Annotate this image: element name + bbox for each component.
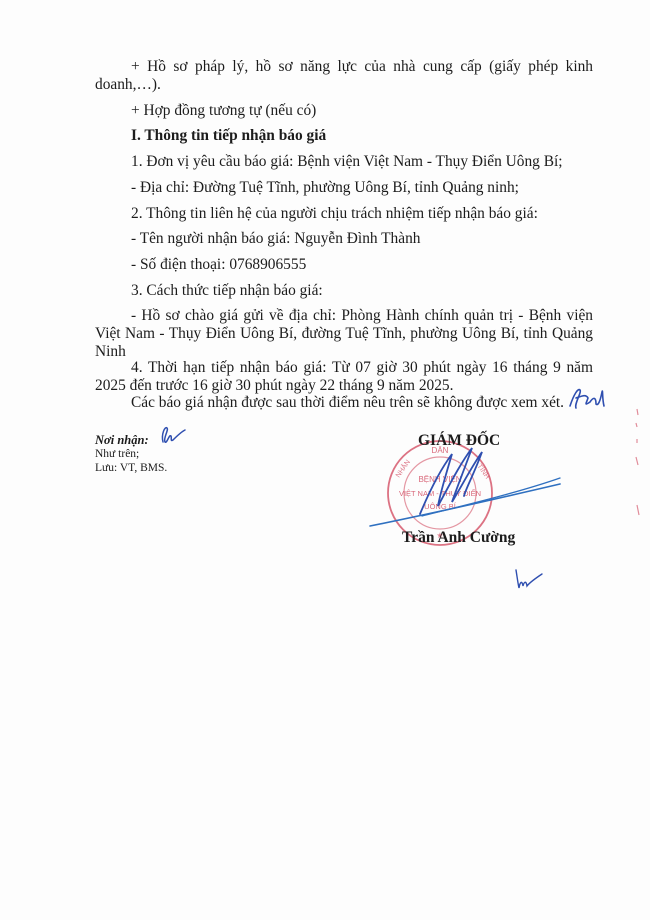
paragraph-deadline: 4. Thời hạn tiếp nhận báo giá: Từ 07 giờ… [95, 359, 593, 395]
initials-signature-icon [566, 384, 616, 414]
item-requesting-unit: 1. Đơn vị yêu cầu báo giá: Bệnh viện Việ… [131, 153, 563, 171]
signer-name: Trần Anh Cường [402, 529, 515, 547]
late-notice: Các báo giá nhận được sau thời điểm nêu … [131, 394, 564, 412]
paragraph-submission-address: - Hồ sơ chào giá gửi về địa chỉ: Phòng H… [95, 307, 593, 361]
item-contact-name: - Tên người nhận báo giá: Nguyễn Đình Th… [131, 230, 420, 248]
paragraph-legal-docs: + Hồ sơ pháp lý, hồ sơ năng lực của nhà … [95, 58, 593, 94]
recipients-label: Nơi nhận: [95, 431, 149, 449]
item-submission-method: 3. Cách thức tiếp nhận báo giá: [131, 282, 323, 300]
director-signature-icon [360, 440, 560, 530]
edge-stamp-marks-icon [630, 405, 644, 525]
section-heading: I. Thông tin tiếp nhận báo giá [131, 127, 326, 145]
recipient-item: Lưu: VT, BMS. [95, 462, 167, 475]
item-address: - Địa chỉ: Đường Tuệ Tĩnh, phường Uông B… [131, 179, 519, 197]
recipient-item: Như trên; [95, 448, 139, 461]
paragraph-similar-contracts: + Hợp đồng tương tự (nếu có) [131, 102, 316, 120]
item-contact-phone: - Số điện thoại: 0768906555 [131, 256, 306, 274]
page-initials-icon [510, 566, 546, 592]
recipients-initials-icon [157, 424, 189, 448]
item-contact-info: 2. Thông tin liên hệ của người chịu trác… [131, 205, 538, 223]
